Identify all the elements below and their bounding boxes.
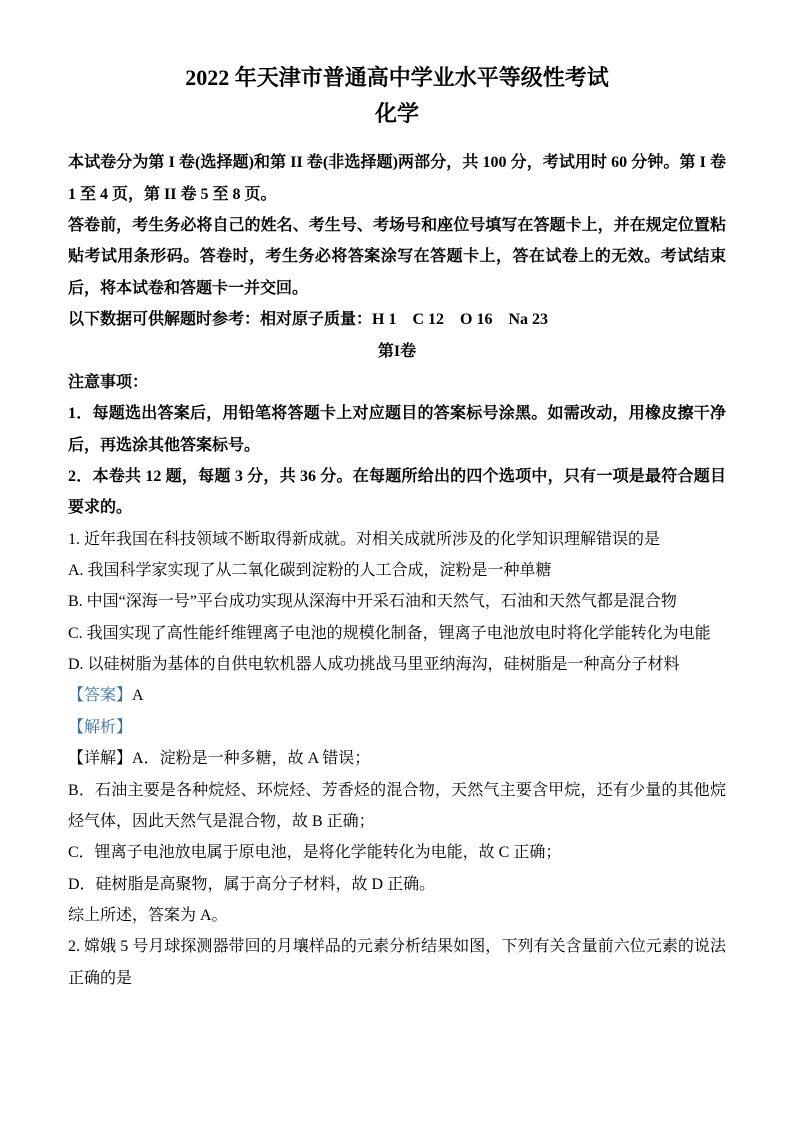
question1-option-b: B. 中国“深海一号”平台成功实现从深海中开采石油和天然气，石油和天然气都是混合… xyxy=(68,586,726,617)
question1-option-c: C. 我国实现了高性能纤维锂离子电池的规模化制备，锂离子电池放电时将化学能转化为… xyxy=(68,618,726,649)
intro-paragraph-3: 以下数据可供解题时参考：相对原子质量：H 1 C 12 O 16 Na 23 xyxy=(68,304,726,335)
detail-line-a: 【详解】A．淀粉是一种多糖，故 A 错误； xyxy=(68,743,726,774)
subject-title: 化学 xyxy=(68,102,726,126)
analysis-label: 【解析】 xyxy=(68,719,132,736)
page-title: 2022 年天津市普通高中学业水平等级性考试 xyxy=(68,66,726,90)
detail-line-b: B．石油主要是各种烷烃、环烷烃、芳香烃的混合物，天然气主要含甲烷，还有少量的其他… xyxy=(68,775,726,838)
exam-document-page: 2022 年天津市普通高中学业水平等级性考试 化学 本试卷分为第 I 卷(选择题… xyxy=(0,0,793,1122)
answer-label: 【答案】 xyxy=(68,687,132,704)
intro-paragraph-1: 本试卷分为第 I 卷(选择题)和第 II 卷(非选择题)两部分，共 100 分，… xyxy=(68,147,726,210)
detail-text-a: A．淀粉是一种多糖，故 A 错误； xyxy=(132,750,370,767)
detail-label: 【详解】 xyxy=(68,750,132,767)
analysis-line: 【解析】 xyxy=(68,712,726,743)
notes-heading: 注意事项： xyxy=(68,367,726,398)
question2-stem: 2. 嫦娥 5 号月球探测器带回的月壤样品的元素分析结果如图，下列有关含量前六位… xyxy=(68,931,726,994)
note-item-2: 2．本卷共 12 题，每题 3 分，共 36 分。在每题所给出的四个选项中，只有… xyxy=(68,461,726,524)
section-heading: 第I卷 xyxy=(68,336,726,367)
answer-value: A xyxy=(132,687,144,704)
detail-conclusion: 综上所述，答案为 A。 xyxy=(68,900,726,931)
detail-line-c: C．锂离子电池放电属于原电池，是将化学能转化为电能，故 C 正确； xyxy=(68,837,726,868)
answer-line: 【答案】A xyxy=(68,680,726,711)
question1-stem: 1. 近年我国在科技领域不断取得新成就。对相关成就所涉及的化学知识理解错误的是 xyxy=(68,524,726,555)
question1-option-a: A. 我国科学家实现了从二氧化碳到淀粉的人工合成，淀粉是一种单糖 xyxy=(68,555,726,586)
detail-line-d: D．硅树脂是高聚物，属于高分子材料，故 D 正确。 xyxy=(68,869,726,900)
question1-option-d: D. 以硅树脂为基体的自供电软机器人成功挑战马里亚纳海沟，硅树脂是一种高分子材料 xyxy=(68,649,726,680)
note-item-1: 1．每题选出答案后，用铅笔将答题卡上对应题目的答案标号涂黑。如需改动，用橡皮擦干… xyxy=(68,398,726,461)
intro-paragraph-2: 答卷前，考生务必将自己的姓名、考生号、考场号和座位号填写在答题卡上，并在规定位置… xyxy=(68,210,726,304)
